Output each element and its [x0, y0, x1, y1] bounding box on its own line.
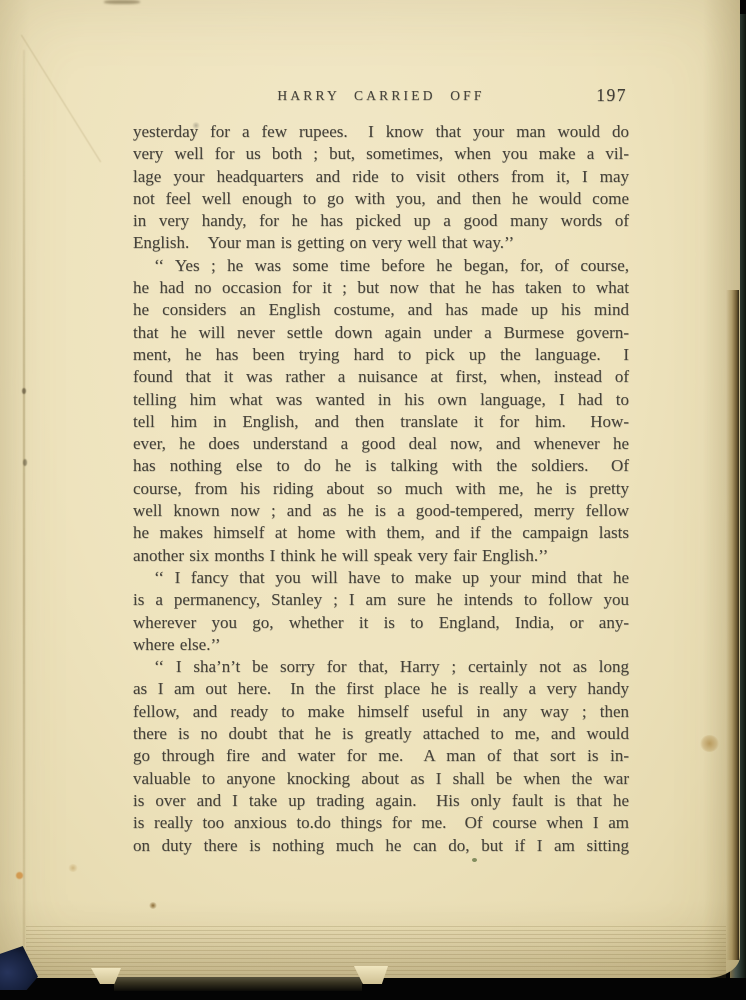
text-line: is over and I take up trading again. His… — [133, 790, 629, 812]
text-line: he considers an English costume, and has… — [133, 299, 629, 321]
text-line: as I am out here. In the first place he … — [133, 678, 629, 700]
text-block: yesterday for a few rupees. I know that … — [133, 121, 629, 857]
text-line: ever, he does understand a good deal now… — [133, 433, 629, 455]
text-line: wherever you go, whether it is to Englan… — [133, 612, 629, 634]
text-line: another six months I think he will speak… — [133, 545, 629, 567]
text-line: tell him in English, and then translate … — [133, 411, 629, 433]
text-line: is a permanency, Stanley ; I am sure he … — [133, 589, 629, 611]
text-line: in very handy, for he has picked up a go… — [133, 210, 629, 232]
page-header: HARRY CARRIED OFF 197 — [133, 88, 629, 108]
text-line: very well for us both ; but, sometimes, … — [133, 143, 629, 165]
page-number: 197 — [596, 85, 627, 106]
edge-smudge — [104, 0, 140, 4]
text-line: is really too anxious to.do things for m… — [133, 812, 629, 834]
foxing-spot — [700, 735, 719, 752]
text-line: ‘‘ I fancy that you will have to make up… — [133, 567, 629, 589]
text-line: he makes himself at home with them, and … — [133, 522, 629, 544]
text-line: he had no occasion for it ; but now that… — [133, 277, 629, 299]
text-line: ment, he has been trying hard to pick up… — [133, 344, 629, 366]
text-line: course, from his riding about so much wi… — [133, 478, 629, 500]
page-fore-edge — [726, 290, 739, 960]
text-line: well known now ; and as he is a good-tem… — [133, 500, 629, 522]
foxing-spot — [68, 864, 78, 872]
text-line: yesterday for a few rupees. I know that … — [133, 121, 629, 143]
text-line: ‘‘ Yes ; he was some time before he bega… — [133, 255, 629, 277]
text-line: on duty there is nothing much he can do,… — [133, 835, 629, 857]
text-line: that he will never settle down again und… — [133, 322, 629, 344]
running-title: HARRY CARRIED OFF — [133, 88, 629, 104]
text-line: there is no doubt that he is greatly att… — [133, 723, 629, 745]
book-page: HARRY CARRIED OFF 197 yesterday for a fe… — [0, 0, 740, 978]
page-crease — [23, 50, 25, 960]
text-line: where else.’’ — [133, 634, 629, 656]
text-line: fellow, and ready to make himself useful… — [133, 701, 629, 723]
page-corner-crease — [21, 35, 101, 163]
text-line: not feel well enough to go with you, and… — [133, 188, 629, 210]
foxing-spot — [16, 872, 23, 879]
scanned-book-photo: HARRY CARRIED OFF 197 yesterday for a fe… — [0, 0, 746, 1000]
text-line: go through fire and water for me. A man … — [133, 745, 629, 767]
text-line: valuable to anyone knocking about as I s… — [133, 768, 629, 790]
text-line: English. Your man is getting on very wel… — [133, 232, 629, 254]
text-line: telling him what was wanted in his own l… — [133, 389, 629, 411]
foxing-spot — [472, 858, 477, 862]
text-line: ‘‘ I sha’n’t be sorry for that, Harry ; … — [133, 656, 629, 678]
text-line: lage your headquarters and ride to visit… — [133, 166, 629, 188]
foxing-spot — [149, 902, 157, 909]
text-line: found that it was rather a nuisance at f… — [133, 366, 629, 388]
bottom-shadow — [114, 977, 362, 991]
text-line: has nothing else to do he is talking wit… — [133, 455, 629, 477]
